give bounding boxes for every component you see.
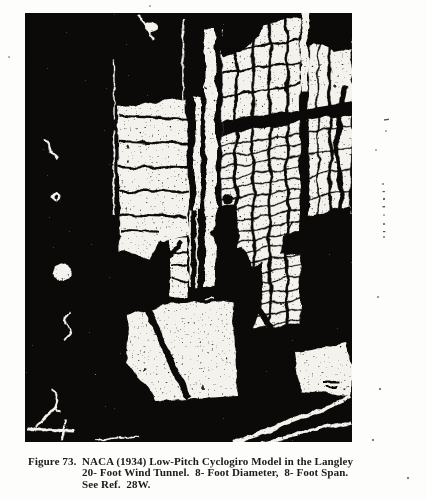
speckle-noise-coarse [25, 13, 352, 442]
photo-area [25, 9, 352, 443]
wind-tunnel-photograph [0, 0, 427, 500]
caption-text: NACA (1934) Low-Pitch Cyclogiro Model in… [82, 457, 353, 491]
caption-line-3: See Ref. 28W. [82, 480, 353, 491]
figure-caption: Figure 73. NACA (1934) Low-Pitch Cyclogi… [28, 457, 353, 491]
scanned-report-page: Figure 73. NACA (1934) Low-Pitch Cyclogi… [0, 0, 427, 500]
figure-label: Figure 73. [28, 457, 82, 468]
